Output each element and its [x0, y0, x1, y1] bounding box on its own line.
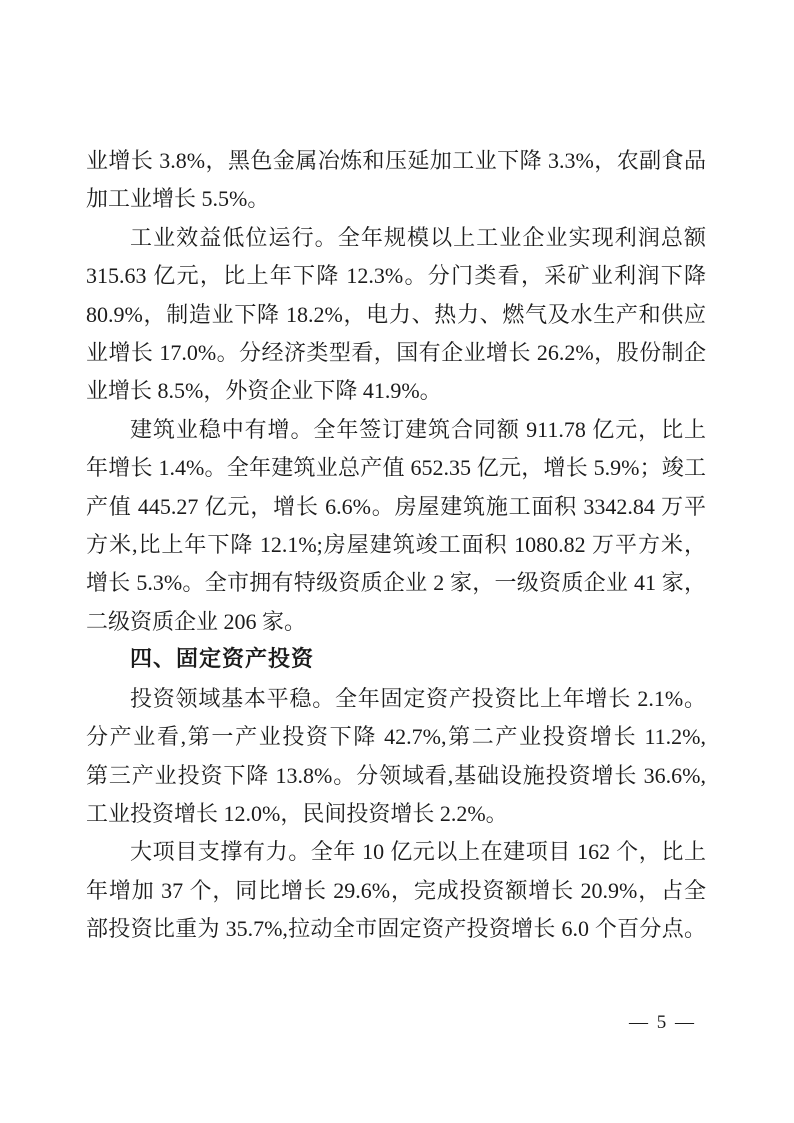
- text-line: 建筑业稳中有增。全年签订建筑合同额 911.78 亿元，比上: [86, 411, 706, 449]
- document-page: 业增长 3.8%，黑色金属冶炼和压延加工业下降 3.3%，农副食品加工业增长 5…: [0, 0, 794, 1123]
- paragraph-lead: 投资领域基本平稳。: [130, 686, 335, 711]
- text-line: 工业投资增长 12.0%，民间投资增长 2.2%。: [86, 795, 706, 833]
- text-line: 业增长 8.5%，外资企业下降 41.9%。: [86, 372, 706, 410]
- text-line: 增长 5.3%。全市拥有特级资质企业 2 家，一级资质企业 41 家，: [86, 564, 706, 602]
- paragraph-lead: 建筑业稳中有增。: [130, 417, 313, 442]
- text-line: 大项目支撑有力。全年 10 亿元以上在建项目 162 个，比上: [86, 833, 706, 871]
- text-line: 80.9%，制造业下降 18.2%，电力、热力、燃气及水生产和供应: [86, 296, 706, 334]
- text-line: 业增长 17.0%。分经济类型看，国有企业增长 26.2%，股份制企: [86, 334, 706, 372]
- page-number-text: — 5 —: [629, 1012, 696, 1033]
- text-line: 年增长 1.4%。全年建筑业总产值 652.35 亿元，增长 5.9%；竣工: [86, 449, 706, 487]
- text-line: 工业效益低位运行。全年规模以上工业企业实现利润总额: [86, 219, 706, 257]
- page-number: — 5 —: [629, 1012, 696, 1034]
- text-line: 部投资比重为 35.7%,拉动全市固定资产投资增长 6.0 个百分点。: [86, 910, 706, 948]
- text-line: 产值 445.27 亿元，增长 6.6%。房屋建筑施工面积 3342.84 万平: [86, 488, 706, 526]
- text-line: 分产业看,第一产业投资下降 42.7%,第二产业投资增长 11.2%,: [86, 718, 706, 756]
- text-line: 年增加 37 个，同比增长 29.6%，完成投资额增长 20.9%，占全: [86, 872, 706, 910]
- text-line: 二级资质企业 206 家。: [86, 603, 706, 641]
- text-line: 方米,比上年下降 12.1%;房屋建筑竣工面积 1080.82 万平方米，: [86, 526, 706, 564]
- text-line: 投资领域基本平稳。全年固定资产投资比上年增长 2.1%。: [86, 680, 706, 718]
- paragraph-lead: 工业效益低位运行。: [130, 225, 338, 250]
- text-line: 业增长 3.8%，黑色金属冶炼和压延加工业下降 3.3%，农副食品: [86, 142, 706, 180]
- text-line: 315.63 亿元，比上年下降 12.3%。分门类看，采矿业利润下降: [86, 257, 706, 295]
- section-heading: 四、固定资产投资: [86, 641, 706, 679]
- document-body: 业增长 3.8%，黑色金属冶炼和压延加工业下降 3.3%，农副食品加工业增长 5…: [86, 142, 706, 949]
- text-line: 第三产业投资下降 13.8%。分领域看,基础设施投资增长 36.6%,: [86, 757, 706, 795]
- paragraph-lead: 大项目支撑有力。: [130, 839, 311, 864]
- text-line: 加工业增长 5.5%。: [86, 180, 706, 218]
